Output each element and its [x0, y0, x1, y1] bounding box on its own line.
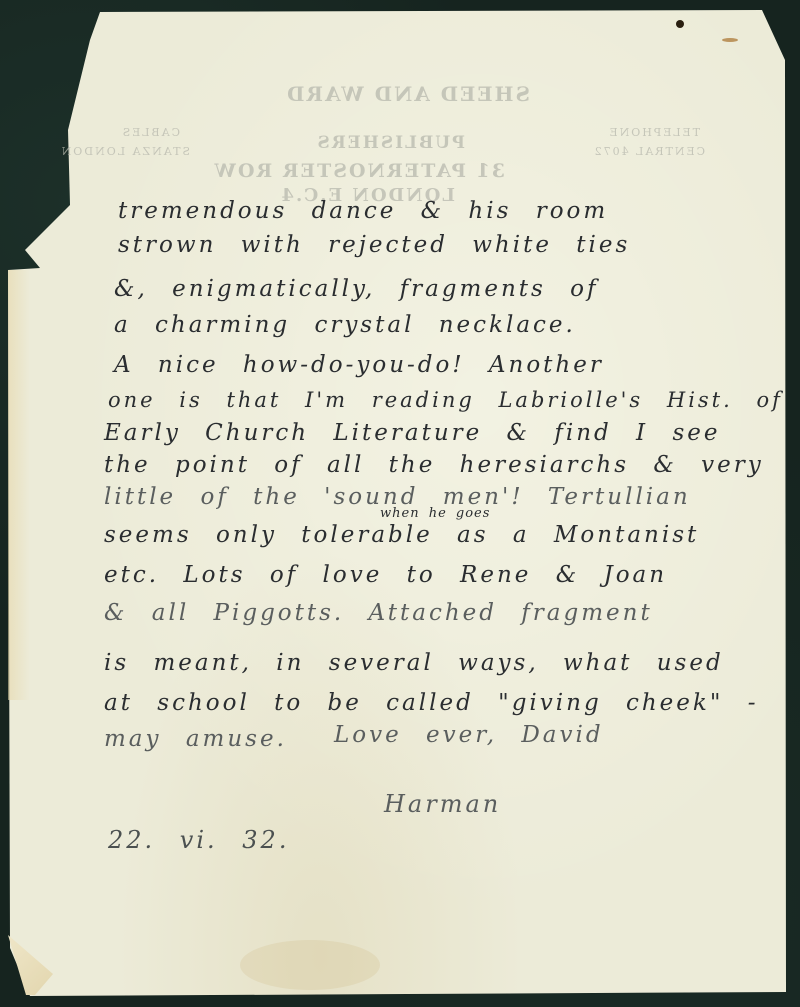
letter-line: & all Piggotts. Attached fragment: [104, 600, 653, 626]
letter-line: Early Church Literature & find I see: [104, 420, 720, 446]
water-stain: [240, 940, 380, 990]
letter-line: is meant, in several ways, what used: [104, 650, 724, 676]
letterhead-address: 31 PATERNOSTER ROW: [213, 160, 505, 182]
closing: Love ever, David: [334, 722, 604, 748]
letterhead-telephone-label: TELEPHONE: [608, 126, 700, 139]
letterhead-cables-value: STANZA LONDON: [60, 145, 190, 158]
letterhead-name: SHEED AND WARD: [285, 82, 530, 106]
letterhead-telephone-value: CENTRAL 4072: [593, 145, 705, 158]
letter-line: seems only tolerable as a Montanist: [104, 522, 699, 548]
letter-line: strown with rejected white ties: [118, 232, 630, 258]
letter-line: a charming crystal necklace.: [114, 312, 576, 338]
mirrored-letterhead-showthrough: SHEED AND WARD PUBLISHERS 31 PATERNOSTER…: [0, 0, 800, 200]
letter-line: the point of all the heresiarchs & very: [104, 452, 764, 478]
letter-line: may amuse.: [104, 726, 287, 752]
letter-line: A nice how-do-you-do! Another: [114, 352, 604, 378]
letterhead-cables-label: CABLES: [121, 126, 180, 139]
interlinear-insertion: when he goes: [380, 506, 490, 521]
signature: Harman: [384, 790, 501, 818]
left-fold-shadow: [8, 270, 30, 700]
letter-line: &, enigmatically, fragments of: [114, 276, 598, 302]
letter-line: at school to be called "giving cheek" -: [104, 690, 759, 716]
letter-line: tremendous dance & his room: [118, 198, 608, 224]
letter-line: one is that I'm reading Labriolle's Hist…: [108, 388, 783, 412]
letter-date: 22. vi. 32.: [108, 826, 289, 854]
letterhead-role: PUBLISHERS: [315, 133, 465, 153]
letter-line: etc. Lots of love to Rene & Joan: [104, 562, 667, 588]
